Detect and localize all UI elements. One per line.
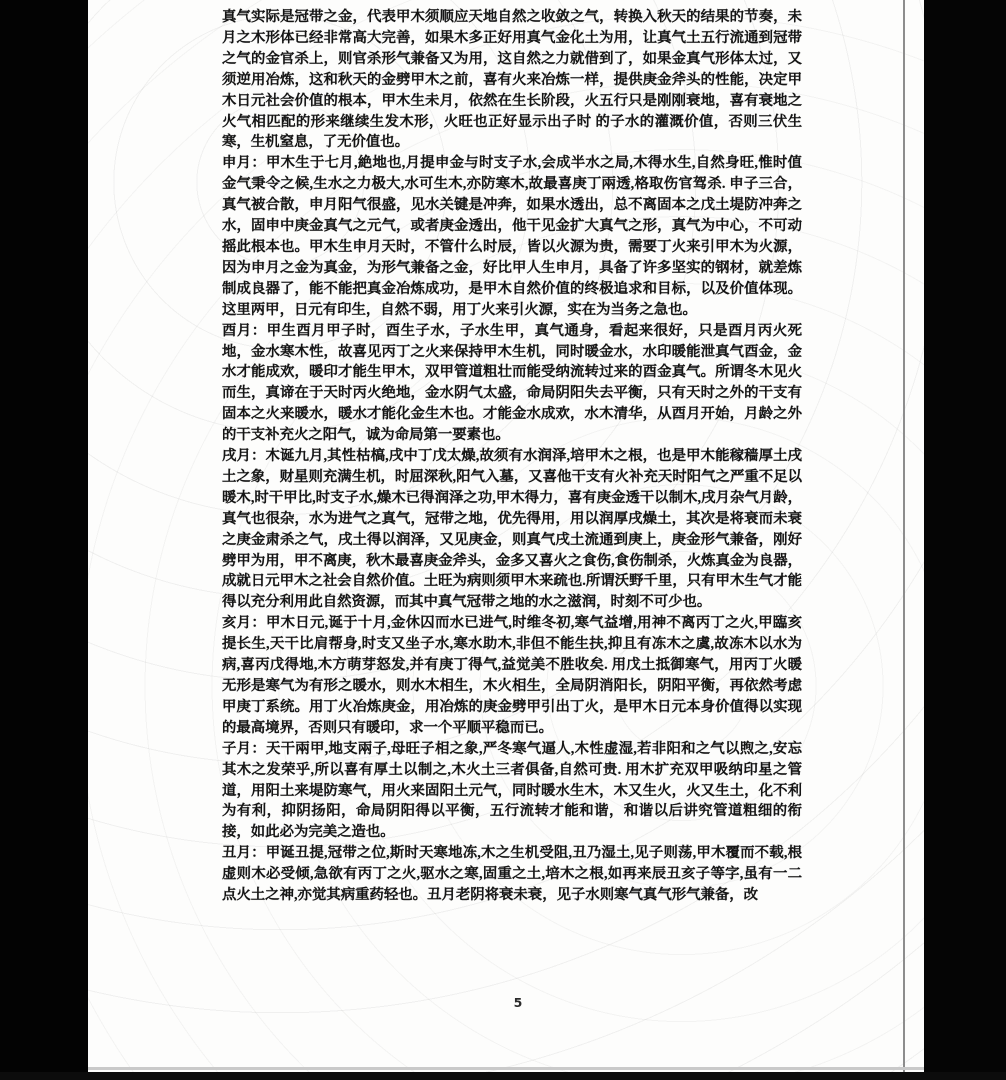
paragraph-label: 申月： [222,155,266,171]
scanned-page: 真气实际是冠带之金，代表甲木须顺应天地自然之收敛之气，转换入秋天的结果的节奏，未… [0,0,1006,1080]
paragraph-shen-month: 申月：甲木生于七月,絶地也,月提申金与时支子水,会成半水之局,木得水生,自然身旺… [222,153,802,320]
paragraph-text: 甲木日元,诞于十月,金休囚而水已进气,时维冬初,寒气益增,用神不离丙丁之火,甲臨… [222,615,802,736]
paragraph-text: 甲诞丑提,冠带之位,斯时天寒地冻,木之生机受阻,丑乃湿土,见子则荡,甲木覆而不载… [222,845,802,903]
page-gutter-line [903,0,905,1072]
bottom-page-edge [88,1067,924,1070]
right-scan-border [924,0,1006,1080]
paragraph-hai-month: 亥月：甲木日元,诞于十月,金休囚而水已进气,时维冬初,寒气益增,用神不离丙丁之火… [222,613,802,738]
paragraph-text: 甲木生于七月,絶地也,月提申金与时支子水,会成半水之局,木得水生,自然身旺,惟时… [222,155,802,317]
paragraph-xu-month: 戌月：木诞九月,其性枯槁,戌中丁戊太燥,故须有水润泽,培甲木之根，也是甲木能稼穑… [222,446,802,613]
paragraph-intro-wei-month: 真气实际是冠带之金，代表甲木须顺应天地自然之收敛之气，转换入秋天的结果的节奏，未… [222,7,802,153]
paragraph-label: 子月： [222,741,266,757]
paragraph-you-month: 酉月：甲生酉月甲子时，酉生子水，子水生甲，真气通身，看起来很好，只是酉月丙火死地… [222,321,802,446]
paragraph-zi-month: 子月：天干兩甲,地支兩子,母旺子相之象,严冬寒气逼人,木性虚湿,若非阳和之气以煦… [222,739,802,844]
paragraph-chou-month: 丑月：甲诞丑提,冠带之位,斯时天寒地冻,木之生机受阻,丑乃湿土,见子则荡,甲木覆… [222,843,802,906]
paragraph-text: 甲生酉月甲子时，酉生子水，子水生甲，真气通身，看起来很好，只是酉月丙火死地，金水… [222,323,802,444]
paragraph-label: 丑月： [222,845,266,861]
paragraph-label: 亥月： [222,615,266,631]
paragraph-label: 酉月： [222,323,267,339]
bottom-scan-border [0,1072,1006,1080]
paragraph-text: 木诞九月,其性枯槁,戌中丁戊太燥,故须有水润泽,培甲木之根，也是甲木能稼穑厚土戌… [222,448,802,610]
page-number: 5 [506,995,530,1010]
paragraph-text: 天干兩甲,地支兩子,母旺子相之象,严冬寒气逼人,木性虚湿,若非阳和之气以煦之,安… [222,741,802,841]
left-scan-border [0,0,88,1080]
text-block: 真气实际是冠带之金，代表甲木须顺应天地自然之收敛之气，转换入秋天的结果的节奏，未… [222,7,802,906]
paragraph-label: 戌月： [222,448,265,464]
paragraph-text: 真气实际是冠带之金，代表甲木须顺应天地自然之收敛之气，转换入秋天的结果的节奏，未… [222,9,802,150]
